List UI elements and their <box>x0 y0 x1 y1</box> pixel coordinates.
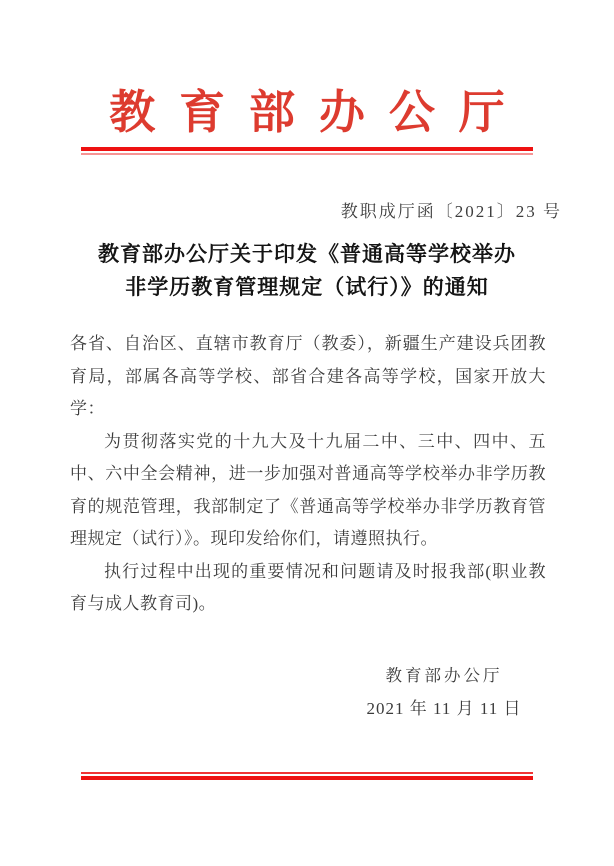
footer-divider-thin-line <box>81 772 533 774</box>
paragraph-main: 为贯彻落实党的十九大及十九届二中、三中、四中、五中、六中全会精神，进一步加强对普… <box>70 426 546 556</box>
document-page: 教育部办公厅 教职成厅函〔2021〕23 号 教育部办公厅关于印发《普通高等学校… <box>0 0 614 866</box>
agency-header-title: 教育部办公厅 <box>0 76 614 142</box>
document-title-line-1: 教育部办公厅关于印发《普通高等学校举办 <box>0 238 614 271</box>
header-divider <box>81 147 533 155</box>
signature-date: 2021 年 11 月 11 日 <box>330 692 558 725</box>
header-divider-thin-line <box>81 153 533 155</box>
signature-block: 教育部办公厅 2021 年 11 月 11 日 <box>330 659 558 725</box>
document-title-line-2: 非学历教育管理规定（试行）》的通知 <box>0 271 614 304</box>
paragraph-contact: 执行过程中出现的重要情况和问题请及时报我部(职业教育与成人教育司)。 <box>70 556 546 621</box>
paragraph-addressees: 各省、自治区、直辖市教育厅（教委），新疆生产建设兵团教育局，部属各高等学校、部省… <box>70 328 546 426</box>
document-title: 教育部办公厅关于印发《普通高等学校举办 非学历教育管理规定（试行）》的通知 <box>0 238 614 304</box>
doc-reference-number: 教职成厅函〔2021〕23 号 <box>0 197 562 222</box>
footer-divider-thick-line <box>81 776 533 780</box>
footer-divider <box>81 772 533 780</box>
signature-org: 教育部办公厅 <box>330 659 558 692</box>
document-body: 各省、自治区、直辖市教育厅（教委），新疆生产建设兵团教育局，部属各高等学校、部省… <box>70 328 546 621</box>
